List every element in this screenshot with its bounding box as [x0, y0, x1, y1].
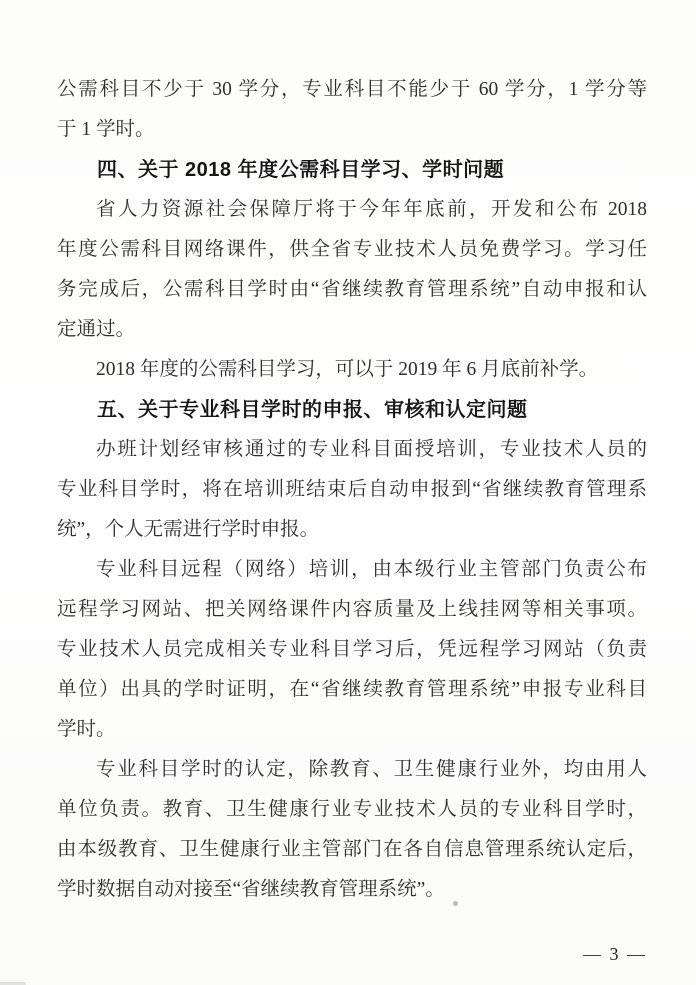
- doc-line: 学时数据自动对接至“省继续教育管理系统”。: [57, 870, 647, 910]
- doc-line: 公需科目不少于 30 学分，专业科目不能少于 60 学分，1 学分等: [57, 70, 647, 110]
- doc-line: 2018 年度的公需科目学习，可以于 2019 年 6 月底前补学。: [57, 350, 647, 390]
- heading-section-5: 五、关于专业科目学时的申报、审核和认定问题: [57, 390, 647, 430]
- doc-line: 远程学习网站、把关网络课件内容质量及上线挂网等相关事项。: [57, 590, 647, 630]
- page-number: — 3 —: [583, 944, 647, 965]
- doc-line: 定通过。: [57, 310, 647, 350]
- doc-line: 省人力资源社会保障厅将于今年年底前，开发和公布 2018: [57, 190, 647, 230]
- scan-artifact-dot: [453, 901, 458, 906]
- doc-line: 学时。: [57, 710, 647, 750]
- doc-line: 年度公需科目网络课件，供全省专业技术人员免费学习。学习任: [57, 230, 647, 270]
- doc-line: 专业科目远程（网络）培训，由本级行业主管部门负责公布: [57, 550, 647, 590]
- doc-line: 单位）出具的学时证明，在“省继续教育管理系统”申报专业科目: [57, 670, 647, 710]
- doc-line: 由本级教育、卫生健康行业主管部门在各自信息管理系统认定后，: [57, 830, 647, 870]
- doc-line: 专业科目学时的认定，除教育、卫生健康行业外，均由用人: [57, 750, 647, 790]
- doc-line: 专业技术人员完成相关专业科目学习后，凭远程学习网站（负责: [57, 630, 647, 670]
- doc-line: 于 1 学时。: [57, 110, 647, 150]
- heading-section-4: 四、关于 2018 年度公需科目学习、学时问题: [57, 150, 647, 190]
- doc-line: 务完成后，公需科目学时由“省继续教育管理系统”自动申报和认: [57, 270, 647, 310]
- document-page: 公需科目不少于 30 学分，专业科目不能少于 60 学分，1 学分等 于 1 学…: [0, 0, 696, 985]
- text-block: 公需科目不少于 30 学分，专业科目不能少于 60 学分，1 学分等 于 1 学…: [57, 70, 647, 910]
- doc-line: 统”，个人无需进行学时申报。: [57, 510, 647, 550]
- doc-line: 单位负责。教育、卫生健康行业专业技术人员的专业科目学时，: [57, 790, 647, 830]
- doc-line: 办班计划经审核通过的专业科目面授培训，专业技术人员的: [57, 430, 647, 470]
- doc-line: 专业科目学时，将在培训班结束后自动申报到“省继续教育管理系: [57, 470, 647, 510]
